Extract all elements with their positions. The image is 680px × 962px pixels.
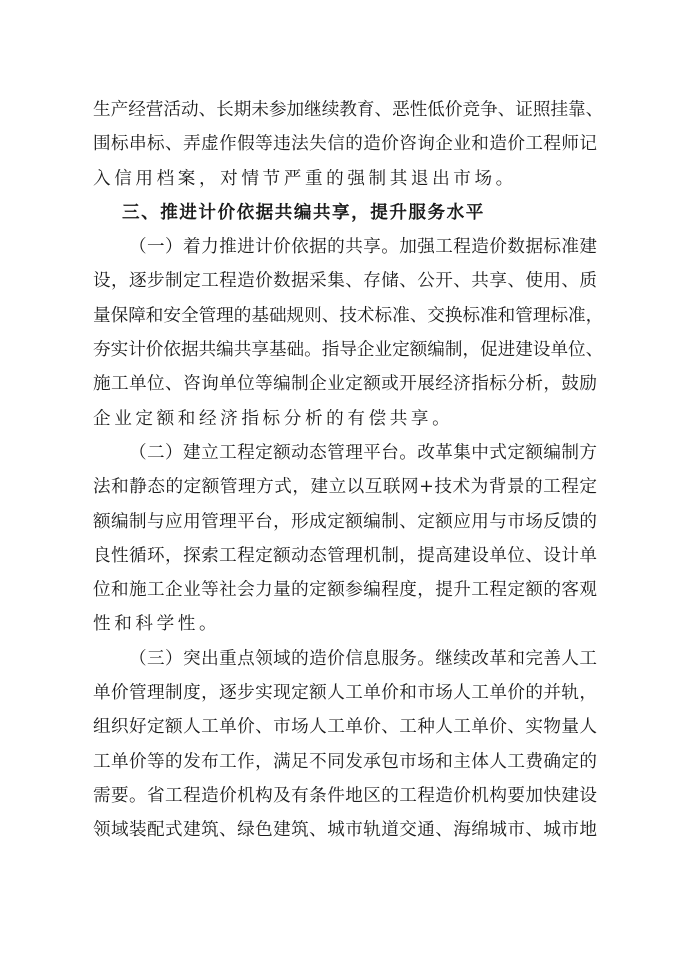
body-line: 位和施工企业等社会力量的定额参编程度，提升工程定额的客观 (93, 573, 597, 607)
document-page: 生产经营活动、长期未参加继续教育、恶性低价竞争、证照挂靠、 围标串标、弄虚作假等… (93, 93, 597, 848)
body-line: 良性循环，探索工程定额动态管理机制，提高建设单位、设计单 (93, 539, 597, 573)
paragraph-start-line: （一）着力推进计价依据的共享。加强工程造价数据标准建 (93, 230, 597, 264)
paragraph-start-line: （三）突出重点领域的造价信息服务。继续改革和完善人工 (93, 642, 597, 676)
body-line: 需要。省工程造价机构及有条件地区的工程造价机构要加快建设 (93, 779, 597, 813)
section-heading: 三、推进计价依据共编共享，提升服务水平 (93, 196, 597, 230)
body-line: 法和静态的定额管理方式，建立以互联网+技术为背景的工程定 (93, 470, 597, 504)
body-line: 施工单位、咨询单位等编制企业定额或开展经济指标分析，鼓励 (93, 367, 597, 401)
paragraph-start-line: （二）建立工程定额动态管理平台。改革集中式定额编制方 (93, 436, 597, 470)
body-line: 设，逐步制定工程造价数据采集、存储、公开、共享、使用、质 (93, 264, 597, 298)
body-line: 组织好定额人工单价、市场人工单价、工种人工单价、实物量人 (93, 710, 597, 744)
body-line: 夯实计价依据共编共享基础。指导企业定额编制，促进建设单位、 (93, 333, 597, 367)
body-line: 工单价等的发布工作，满足不同发承包市场和主体人工费确定的 (93, 745, 597, 779)
body-line: 生产经营活动、长期未参加继续教育、恶性低价竞争、证照挂靠、 (93, 93, 597, 127)
body-line: 企业定额和经济指标分析的有偿共享。 (93, 402, 597, 436)
body-line: 性和科学性。 (93, 607, 597, 641)
body-line: 额编制与应用管理平台，形成定额编制、定额应用与市场反馈的 (93, 505, 597, 539)
body-line: 围标串标、弄虚作假等违法失信的造价咨询企业和造价工程师记 (93, 127, 597, 161)
body-line: 单价管理制度，逐步实现定额人工单价和市场人工单价的并轨， (93, 676, 597, 710)
body-line: 领域装配式建筑、绿色建筑、城市轨道交通、海绵城市、城市地 (93, 813, 597, 847)
body-line: 量保障和安全管理的基础规则、技术标准、交换标准和管理标准， (93, 299, 597, 333)
body-line: 入信用档案，对情节严重的强制其退出市场。 (93, 162, 597, 196)
